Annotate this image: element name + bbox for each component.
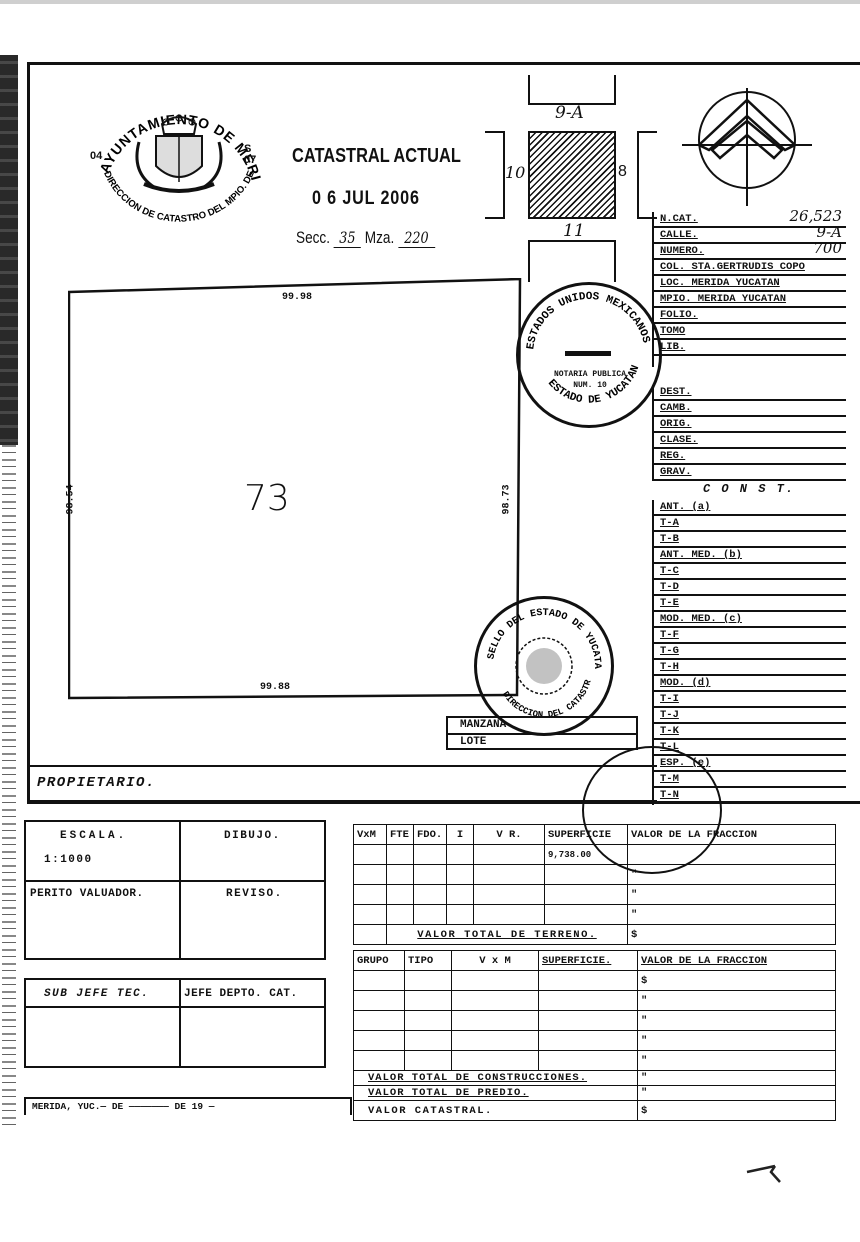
const-row: T-H xyxy=(654,660,846,676)
table-row: " xyxy=(354,885,836,905)
scan-top-edge xyxy=(0,0,860,4)
construcciones-table: GRUPO TIPO V x M SUPERFICIE. VALOR DE LA… xyxy=(353,950,836,1121)
pen-mark-icon xyxy=(745,1160,790,1190)
manzana-label: MANZANA xyxy=(448,718,636,735)
class-row: REG. xyxy=(654,449,846,465)
const-row: T-I xyxy=(654,692,846,708)
street-right: 8 xyxy=(618,163,627,181)
dim-left: 98.54 xyxy=(66,484,77,514)
dim-bottom: 99.88 xyxy=(260,682,290,693)
const-title: C O N S T. xyxy=(703,482,795,496)
dibujo-label: DIBUJO. xyxy=(224,830,281,842)
table-row: " xyxy=(354,865,836,885)
table-row: " xyxy=(354,1051,836,1071)
jefe-depto-label: JEFE DEPTO. CAT. xyxy=(184,988,298,1000)
stamp-date: 0 6 JUL 2006 xyxy=(312,188,420,210)
const-row: T-F xyxy=(654,628,846,644)
escala-box: ESCALA. 1:1000 DIBUJO. PERITO VALUADOR. … xyxy=(24,820,326,960)
class-row: DEST. xyxy=(654,385,846,401)
dim-top: 99.98 xyxy=(282,292,312,303)
info-row: LIB. xyxy=(654,340,846,356)
mza-label: Mza. xyxy=(365,228,394,247)
sub-jefe-label: SUB JEFE TEC. xyxy=(44,988,149,1000)
const-row: T-E xyxy=(654,596,846,612)
const-row: T-A xyxy=(654,516,846,532)
perito-label: PERITO VALUADOR. xyxy=(30,888,144,900)
footer-place: MERIDA, YUC.— DE ——————— DE 19 — xyxy=(32,1101,214,1112)
escala-label: ESCALA. xyxy=(60,830,127,842)
total-construcciones-row: VALOR TOTAL DE CONSTRUCCIONES. " xyxy=(354,1071,836,1086)
valor-catastral-row: VALOR CATASTRAL. $ xyxy=(354,1101,836,1121)
const-row: T-D xyxy=(654,580,846,596)
const-row: T-J xyxy=(654,708,846,724)
escala-value: 1:1000 xyxy=(44,854,93,866)
street-top: 9-A xyxy=(555,103,584,123)
const-row: ANT. (a) xyxy=(654,500,846,516)
class-row: CAMB. xyxy=(654,401,846,417)
terreno-total-row: VALOR TOTAL DE TERRENO. $ xyxy=(354,925,836,945)
terreno-table: VxM FTE FDO. I V R. SUPERFICIE VALOR DE … xyxy=(353,824,836,945)
property-info-table: N.CAT.26,523 CALLE.9-A NUMERO.700 COL. S… xyxy=(652,212,840,367)
catastro-stamp: SELLO DEL ESTADO DE YUCATAN DIRECCION DE… xyxy=(474,596,614,736)
table-header-row: GRUPO TIPO V x M SUPERFICIE. VALOR DE LA… xyxy=(354,951,836,971)
notary-stamp-inner: NOTARIA PUBLICA NUM. 10 xyxy=(549,369,631,391)
jefe-box: SUB JEFE TEC. JEFE DEPTO. CAT. xyxy=(24,978,326,1068)
street-bottom: 11 xyxy=(563,221,585,241)
table-row: 9,738.00 xyxy=(354,845,836,865)
propietario-row: PROPIETARIO. xyxy=(27,765,657,803)
const-row: ANT. MED. (b) xyxy=(654,548,846,564)
block-hatched xyxy=(528,131,616,219)
stamp-section: Secc. 35 Mza. 220 xyxy=(296,228,435,248)
secc-value: 35 xyxy=(334,228,361,248)
lote-label: LOTE xyxy=(448,735,636,750)
table-row: $ xyxy=(354,971,836,991)
street-left: 10 xyxy=(505,163,525,182)
class-row: GRAV. xyxy=(654,465,846,481)
municipal-seal: AYUNTAMIENTO DE MERIDA DIRECCION DE CATA… xyxy=(84,72,274,232)
const-row: T-K xyxy=(654,724,846,740)
const-row: T-C xyxy=(654,564,846,580)
const-row: MOD. MED. (c) xyxy=(654,612,846,628)
class-row: CLASE. xyxy=(654,433,846,449)
reviso-label: REVISO. xyxy=(226,888,283,900)
info-row: MPIO. MERIDA YUCATAN xyxy=(654,292,846,308)
dim-right: 98.73 xyxy=(502,484,513,514)
mza-value: 220 xyxy=(398,228,435,248)
info-row: LOC. MERIDA YUCATAN xyxy=(654,276,846,292)
lot-number: 73 xyxy=(244,478,290,519)
table-row: " xyxy=(354,991,836,1011)
secc-label: Secc. xyxy=(296,228,330,247)
notary-stamp: ESTADOS UNIDOS MEXICANOS ESTADO DE YUCAT… xyxy=(516,282,662,428)
const-row: MOD. (d) xyxy=(654,676,846,692)
const-row: T-G xyxy=(654,644,846,660)
stamp-title: CATASTRAL ACTUAL xyxy=(292,145,461,168)
seal-left-number: 04 xyxy=(90,150,102,162)
table-row: " xyxy=(354,905,836,925)
const-row: T-B xyxy=(654,532,846,548)
table-row: " xyxy=(354,1011,836,1031)
table-row: " xyxy=(354,1031,836,1051)
scan-noise-edge xyxy=(2,445,16,1125)
north-arrow-icon xyxy=(682,88,832,206)
footer-place-box: MERIDA, YUC.— DE ——————— DE 19 — xyxy=(24,1097,352,1115)
propietario-label: PROPIETARIO. xyxy=(37,775,156,791)
table-header-row: VxM FTE FDO. I V R. SUPERFICIE VALOR DE … xyxy=(354,825,836,845)
seal-right-number: S 07 xyxy=(244,144,258,166)
info-row: NUMERO.700 xyxy=(654,244,846,260)
info-row: COL. STA.GERTRUDIS COPO xyxy=(654,260,846,276)
class-row: ORIG. xyxy=(654,417,846,433)
manzana-lote-box: MANZANA LOTE xyxy=(446,716,638,750)
scan-shadow-edge xyxy=(0,55,18,445)
classification-table: DEST. CAMB. ORIG. CLASE. REG. GRAV. xyxy=(652,385,840,481)
lot-plot: 99.98 99.88 98.54 98.73 73 xyxy=(68,278,518,698)
total-predio-row: VALOR TOTAL DE PREDIO. " xyxy=(354,1086,836,1101)
info-row: FOLIO. xyxy=(654,308,846,324)
location-sketch: 9-A 10 8 11 xyxy=(485,75,650,280)
svg-text:ESTADOS UNIDOS MEXICANOS: ESTADOS UNIDOS MEXICANOS xyxy=(525,291,651,350)
info-row: TOMO xyxy=(654,324,846,340)
